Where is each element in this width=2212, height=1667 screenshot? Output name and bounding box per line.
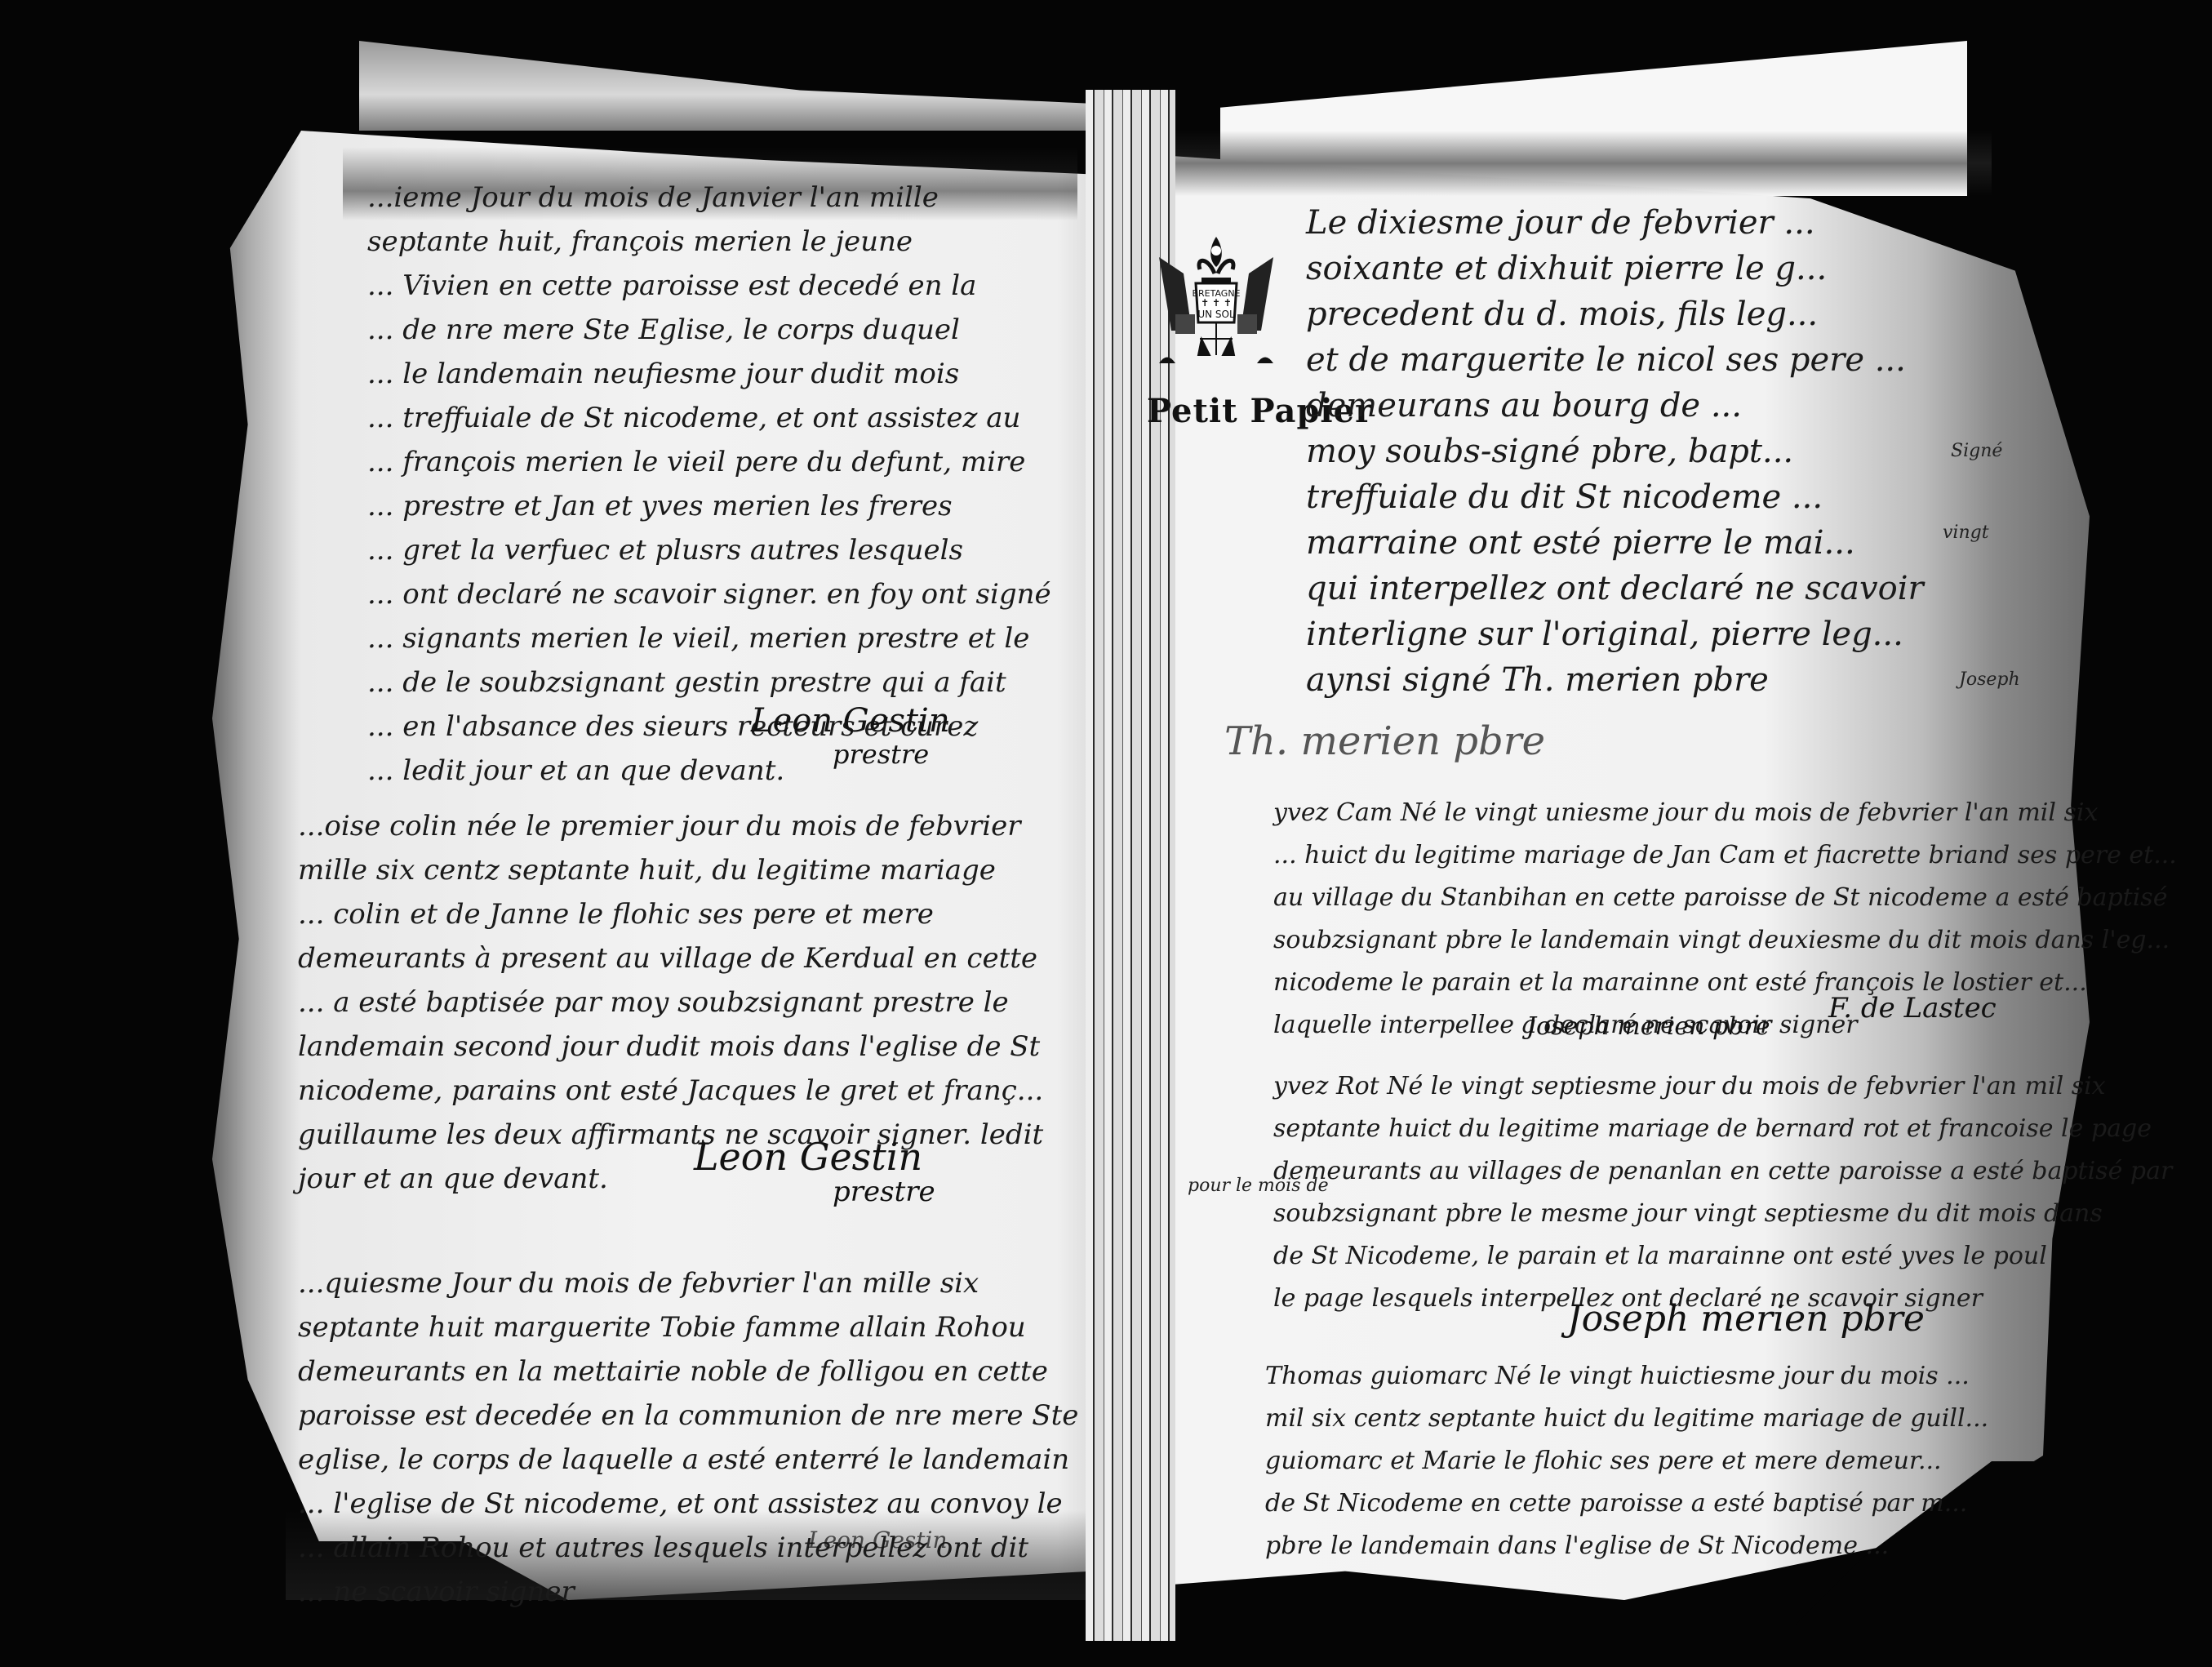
entry-line: ... ne scavoir signer — [298, 1570, 1078, 1614]
entry-line: ... ledit jour et an que devant. — [367, 749, 1051, 793]
burial-entry: ...quiesme Jour du mois de febvrier l'an… — [298, 1261, 1078, 1614]
entry-line: interligne sur l'original, pierre leg... — [1306, 611, 1924, 657]
baptism-entry: yvez Cam Né le vingt uniesme jour du moi… — [1273, 792, 2177, 1047]
entry-line: treffuiale du dit St nicodeme ... — [1306, 474, 1924, 520]
entry-line: septante huit, françois merien le jeune — [367, 220, 1051, 264]
baptism-entry: ...oise colin née le premier jour du moi… — [298, 804, 1043, 1201]
margin-fragment: vingt — [1943, 522, 1989, 543]
entry-line: yvez Cam Né le vingt uniesme jour du moi… — [1273, 792, 2177, 834]
left-page-torn-flap — [359, 41, 1094, 131]
entry-line: soubzsignant pbre le landemain vingt deu… — [1273, 919, 2177, 962]
entry-line: de St Nicodeme en cette paroisse a esté … — [1265, 1483, 1988, 1525]
priest-title: prestre — [833, 1176, 935, 1208]
entry-line: precedent du d. mois, fils leg... — [1306, 291, 1924, 337]
entry-line: septante huit marguerite Tobie famme all… — [298, 1305, 1078, 1349]
entry-line: guiomarc et Marie le flohic ses pere et … — [1265, 1440, 1988, 1483]
entry-line: Le dixiesme jour de febvrier ... — [1306, 200, 1924, 246]
priest-signature: Joseph merien pbre — [1567, 1298, 1925, 1340]
entry-line: ...oise colin née le premier jour du moi… — [298, 804, 1043, 848]
entry-line: moy soubs-signé pbre, bapt... — [1306, 429, 1924, 474]
entry-line: pbre le landemain dans l'eglise de St Ni… — [1265, 1525, 1988, 1567]
entry-line: ... Vivien en cette paroisse est decedé … — [367, 264, 1051, 308]
entry-line: ... le landemain neufiesme jour dudit mo… — [367, 352, 1051, 396]
tax-stamp: BRETAGNE ✝ ✝ ✝ UN SOL — [1151, 204, 1281, 371]
entry-line: demeurans au bourg de ... — [1306, 383, 1924, 429]
entry-line: au village du Stanbihan en cette paroiss… — [1273, 877, 2177, 919]
baptism-entry: Le dixiesme jour de febvrier ... soixant… — [1306, 200, 1924, 703]
angels-fleur-de-lis-stamp-icon: BRETAGNE ✝ ✝ ✝ UN SOL — [1151, 233, 1281, 371]
entry-line: yvez Rot Né le vingt septiesme jour du m… — [1273, 1065, 2172, 1108]
entry-line: ... l'eglise de St nicodeme, et ont assi… — [298, 1482, 1078, 1526]
entry-line: et de marguerite le nicol ses pere ... — [1306, 337, 1924, 383]
priest-signature: Th. merien pbre — [1224, 718, 1545, 764]
entry-line: ... huict du legitime mariage de Jan Cam… — [1273, 834, 2177, 877]
entry-line: ... treffuiale de St nicodeme, et ont as… — [367, 396, 1051, 440]
entry-line: paroisse est decedée en la communion de … — [298, 1394, 1078, 1438]
priest-signature: Leon Gestin — [751, 702, 950, 740]
entry-line: ... signants merien le vieil, merien pre… — [367, 616, 1051, 660]
baptism-entry: yvez Rot Né le vingt septiesme jour du m… — [1273, 1065, 2172, 1320]
entry-line: aynsi signé Th. merien pbre — [1306, 657, 1924, 703]
margin-note: pour le mois de — [1188, 1176, 1329, 1196]
godparent-signature: F. de Lastec — [1828, 992, 1997, 1025]
priest-signature: Leon Gestin — [694, 1135, 922, 1179]
entry-line: qui interpellez ont declaré ne scavoir — [1306, 566, 1924, 611]
entry-line: nicodeme, parains ont esté Jacques le gr… — [298, 1069, 1043, 1113]
entry-line: mil six centz septante huict du legitime… — [1265, 1398, 1988, 1440]
burial-entry: ...ieme Jour du mois de Janvier l'an mil… — [367, 176, 1051, 793]
entry-line: demeurants en la mettairie noble de foll… — [298, 1349, 1078, 1394]
entry-line: ... colin et de Janne le flohic ses pere… — [298, 892, 1043, 936]
entry-line: Thomas guiomarc Né le vingt huictiesme j… — [1265, 1355, 1988, 1398]
entry-line: marraine ont esté pierre le mai... — [1306, 520, 1924, 566]
entry-line: ... prestre et Jan et yves merien les fr… — [367, 484, 1051, 528]
entry-line: ... allain Rohou et autres lesquels inte… — [298, 1526, 1078, 1570]
svg-text:✝ ✝ ✝: ✝ ✝ ✝ — [1201, 297, 1232, 309]
entry-line: guillaume les deux affirmants ne scavoir… — [298, 1113, 1043, 1157]
baptism-entry: Thomas guiomarc Né le vingt huictiesme j… — [1265, 1355, 1988, 1567]
entry-line: ...ieme Jour du mois de Janvier l'an mil… — [367, 176, 1051, 220]
priest-signature: Leon Gestin — [808, 1527, 948, 1554]
entry-line: septante huict du legitime mariage de be… — [1273, 1108, 2172, 1150]
entry-line: demeurants au villages de penanlan en ce… — [1273, 1150, 2172, 1193]
entry-line: ... ont declaré ne scavoir signer. en fo… — [367, 572, 1051, 616]
entry-line: mille six centz septante huit, du legiti… — [298, 848, 1043, 892]
entry-line: eglise, le corps de laquelle a esté ente… — [298, 1438, 1078, 1482]
entry-line: landemain second jour dudit mois dans l'… — [298, 1025, 1043, 1069]
priest-title: prestre — [833, 739, 929, 770]
entry-line: ... de le soubzsignant gestin prestre qu… — [367, 660, 1051, 705]
entry-line: soixante et dixhuit pierre le g... — [1306, 246, 1924, 291]
entry-line: ... françois merien le vieil pere du def… — [367, 440, 1051, 484]
entry-line: ... gret la verfuec et plusrs autres les… — [367, 528, 1051, 572]
margin-fragment: Joseph — [1959, 669, 2020, 690]
entry-line: ...quiesme Jour du mois de febvrier l'an… — [298, 1261, 1078, 1305]
entry-line: ... de nre mere Ste Eglise, le corps duq… — [367, 308, 1051, 352]
entry-line: demeurants à present au village de Kerdu… — [298, 936, 1043, 980]
priest-signature: Joseph merien pbre — [1526, 1012, 1770, 1041]
svg-text:UN SOL: UN SOL — [1197, 309, 1235, 320]
entry-line: ... a esté baptisée par moy soubzsignant… — [298, 980, 1043, 1025]
entry-line: nicodeme le parain et la marainne ont es… — [1273, 962, 2177, 1004]
water-stain — [1175, 131, 1992, 196]
entry-line: de St Nicodeme, le parain et la marainne… — [1273, 1235, 2172, 1278]
margin-fragment: Signé — [1951, 441, 2002, 461]
entry-line: soubzsignant pbre le mesme jour vingt se… — [1273, 1193, 2172, 1235]
